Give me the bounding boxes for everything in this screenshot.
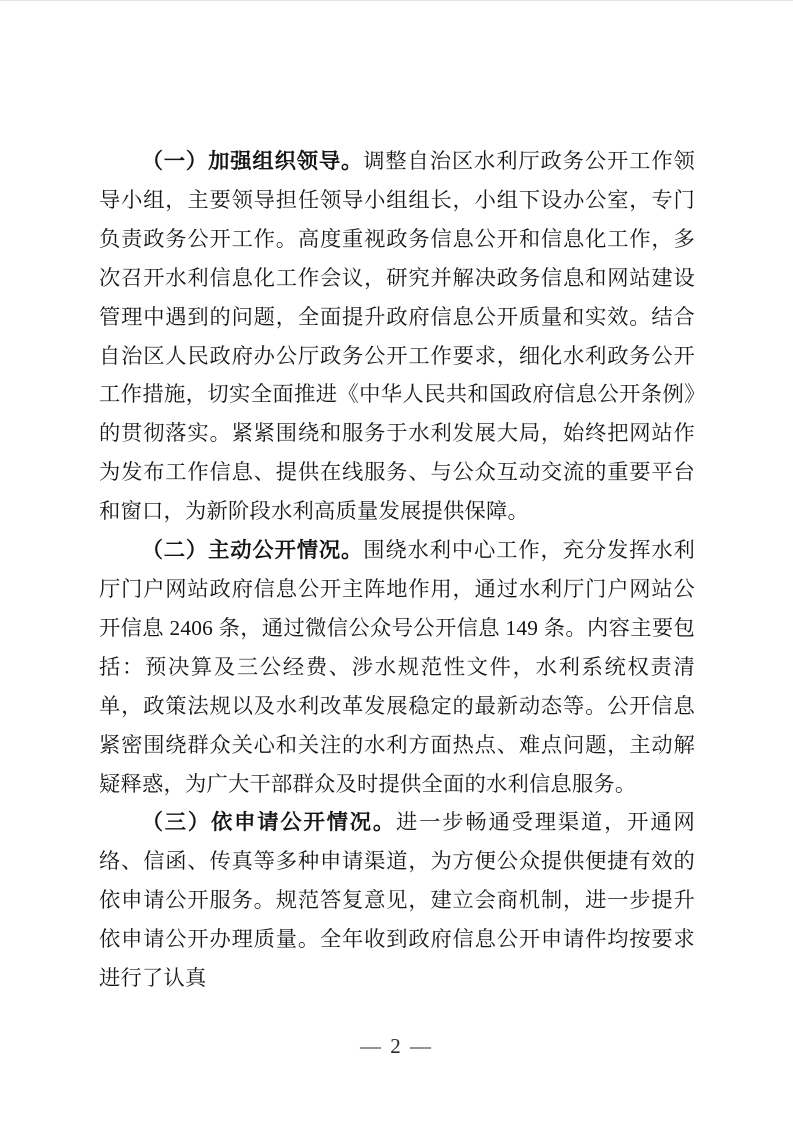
section-3-text: 进一步畅通受理渠道，开通网络、信函、传真等多种申请渠道，为方便公众提供便捷有效的… — [99, 810, 695, 990]
paragraph-section-1: （一）加强组织领导。调整自治区水利厅政务公开工作领导小组，主要领导担任领导小组组… — [99, 142, 695, 531]
section-1-heading: （一）加强组织领导。 — [142, 149, 364, 173]
section-2-text: 围绕水利中心工作，充分发挥水利厅门户网站政府信息公开主阵地作用，通过水利厅门户网… — [99, 538, 695, 795]
document-page: （一）加强组织领导。调整自治区水利厅政务公开工作领导小组，主要领导担任领导小组组… — [0, 0, 793, 1122]
document-body: （一）加强组织领导。调整自治区水利厅政务公开工作领导小组，主要领导担任领导小组组… — [99, 142, 695, 998]
paragraph-section-2: （二）主动公开情况。围绕水利中心工作，充分发挥水利厅门户网站政府信息公开主阵地作… — [99, 531, 695, 803]
page-footer: — 2 — — [0, 1034, 793, 1059]
section-2-heading: （二）主动公开情况。 — [142, 538, 364, 562]
paragraph-section-3: （三）依申请公开情况。进一步畅通受理渠道，开通网络、信函、传真等多种申请渠道，为… — [99, 803, 695, 998]
section-1-text: 调整自治区水利厅政务公开工作领导小组，主要领导担任领导小组组长，小组下设办公室，… — [99, 149, 695, 523]
page-number: — 2 — — [360, 1034, 433, 1058]
section-3-heading: （三）依申请公开情况。 — [142, 810, 396, 834]
